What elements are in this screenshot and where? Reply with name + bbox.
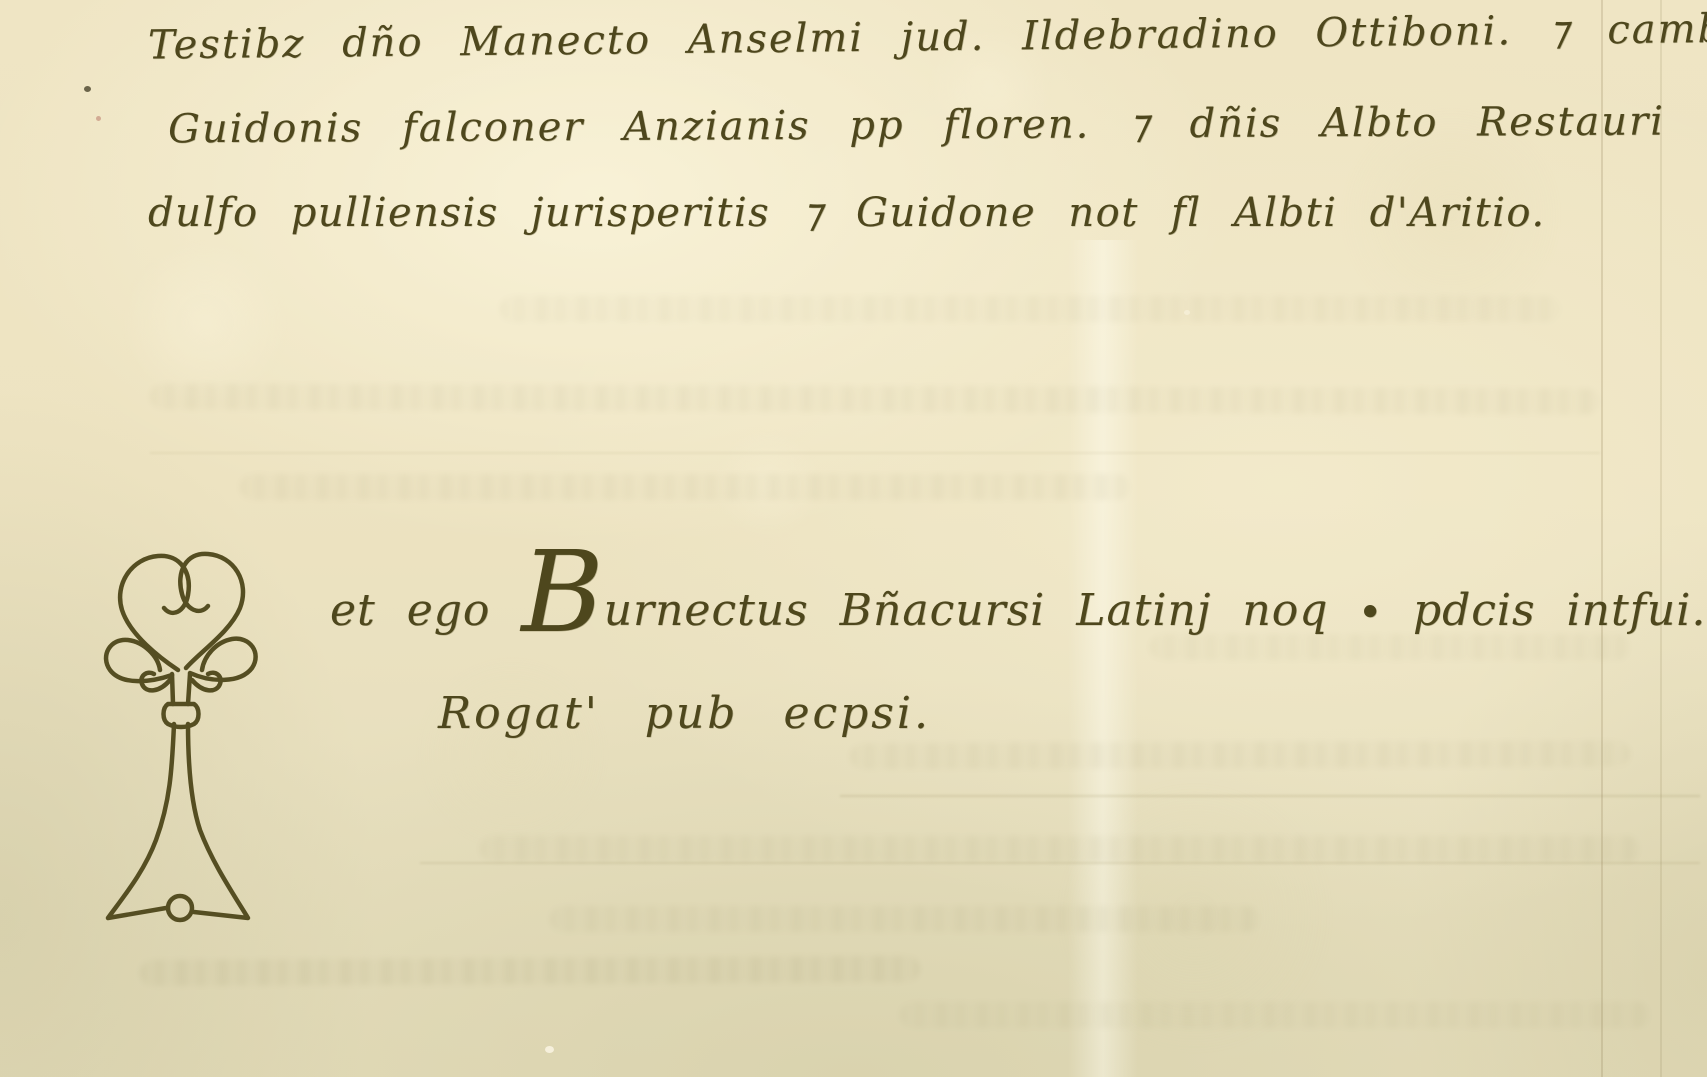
fold-highlight [1068, 240, 1138, 1077]
parchment-fleck [1184, 310, 1190, 315]
subscription-prefix: et ego [330, 585, 521, 636]
ruling-line [840, 795, 1700, 797]
decorated-initial-B: B [521, 528, 603, 658]
parchment-fleck [545, 1046, 554, 1053]
notary-subscription-line-1: et ego Burnectus Bñacursi Latinj noq ∙ p… [330, 585, 1707, 636]
subscription-rest: urnectus Bñacursi Latinj noq ∙ pdcis int… [604, 585, 1707, 636]
ink-speck [84, 86, 91, 92]
manuscript-text-line-3: dulfo pulliensis jurisperitis ⁊ Guidone … [148, 190, 1546, 236]
verso-bleedthrough-text [850, 741, 1630, 770]
stain-speck [96, 116, 101, 121]
notarial-signum-drawing [100, 540, 260, 935]
verso-bleedthrough-text [150, 383, 1600, 414]
verso-bleedthrough-text [1150, 634, 1630, 660]
margin-ruling-line [1601, 0, 1603, 1077]
verso-bleedthrough-text [480, 836, 1640, 862]
verso-bleedthrough-text [500, 296, 1560, 322]
verso-bleedthrough-text [240, 474, 1130, 500]
verso-bleedthrough-text [550, 906, 1260, 932]
manuscript-text-line-2: Guidonis falconer Anzianis pp floren. ⁊ … [168, 98, 1707, 153]
notary-subscription-line-2: Rogat' pub ecpsi. [438, 688, 931, 739]
notarial-signum-mark [100, 540, 260, 935]
ruling-line [420, 862, 1700, 864]
ruling-line [150, 452, 1600, 454]
verso-bleedthrough-text [900, 1002, 1650, 1028]
margin-ruling-line [1660, 0, 1662, 1077]
verso-bleedthrough-text [140, 956, 920, 986]
